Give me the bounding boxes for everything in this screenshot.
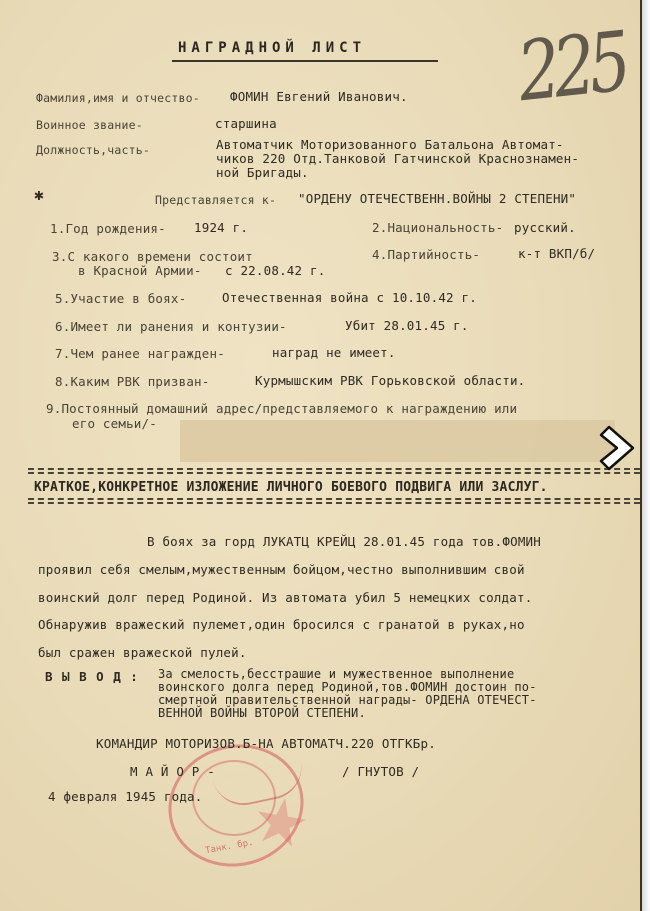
narrative-line-1: В боях за горд ЛУКАТЦ КРЕЙЦ 28.01.45 год…: [147, 535, 541, 549]
item-3-label: 3.С какого времени состоит: [52, 250, 253, 264]
item-8-value: Курмышским РВК Горьковской области.: [255, 374, 525, 388]
rank-value: старшина: [215, 117, 277, 131]
conclusion-label: В Ы В О Д :: [45, 670, 139, 684]
narrative-line-2: проявил себя смелым,мужественным бойцом,…: [38, 563, 525, 577]
conclusion-line-4: ВЕННОЙ ВОЙНЫ ВТОРОЙ СТЕПЕНИ.: [158, 707, 366, 720]
position-line-1: Автоматчик Моторизованного Батальона Авт…: [216, 138, 564, 152]
item-1-label: 1.Год рождения-: [50, 222, 166, 236]
document-date: 4 февраля 1945 года.: [48, 790, 203, 804]
archive-number: 225: [514, 15, 629, 121]
item-1-value: 1924 г.: [194, 221, 248, 235]
item-2-value: русский.: [514, 221, 576, 235]
dashed-rule-bottom: [28, 498, 640, 504]
signature-name: / ГНУТОВ /: [342, 765, 419, 779]
item-3-label-2: в Красной Армии-: [78, 264, 202, 278]
next-page-button[interactable]: [595, 425, 635, 471]
chevron-right-icon: [595, 425, 635, 471]
section-heading: КРАТКОЕ,КОНКРЕТНОЕ ИЗЛОЖЕНИЕ ЛИЧНОГО БОЕ…: [34, 480, 548, 495]
viewer-edge: [642, 0, 650, 911]
item-7-label: 7.Чем ранее награжден-: [55, 347, 225, 361]
item-9-label: 9.Постоянный домашний адрес/представляем…: [46, 402, 517, 416]
item-5-label: 5.Участие в боях-: [55, 292, 186, 306]
signature-rank: М А Й О Р -: [130, 765, 215, 779]
narrative-line-3: воинский долг перед Родиной. Из автомата…: [38, 591, 532, 605]
fio-value: ФОМИН Евгений Иванович.: [230, 90, 408, 104]
item-5-value: Отечественная война с 10.10.42 г.: [222, 291, 477, 305]
position-line-2: чиков 220 Отд.Танковой Гатчинской Красно…: [216, 152, 579, 166]
item-6-label: 6.Имеет ли ранения и контузии-: [55, 320, 287, 334]
item-3-value: с 22.08.42 г.: [225, 264, 325, 278]
title-underline: [172, 60, 438, 62]
nominated-value: "ОРДЕНУ ОТЕЧЕСТВЕНН.ВОЙНЫ 2 СТЕПЕНИ": [298, 192, 576, 206]
narrative-line-4: Обнаружив вражеский пулемет,один бросилс…: [38, 618, 525, 632]
nominated-label: Представляется к-: [155, 193, 276, 207]
document-title: НАГРАДНОЙ ЛИСТ: [178, 40, 366, 56]
position-label: Должность,часть-: [36, 143, 150, 157]
item-7-value: наград не имеет.: [272, 346, 396, 360]
commander-line: КОМАНДИР МОТОРИЗОВ.Б-НА АВТОМАТЧ.220 ОТГ…: [96, 737, 436, 751]
document-page: НАГРАДНОЙ ЛИСТ 225 Фамилия,имя и отчеств…: [0, 0, 642, 911]
item-2-label: 2.Национальность-: [372, 221, 503, 235]
item-8-label: 8.Каким РВК призван-: [55, 375, 210, 389]
fio-label: Фамилия,имя и отчество-: [36, 91, 200, 105]
item-6-value: Убит 28.01.45 г.: [345, 319, 469, 333]
redacted-address-block: [180, 420, 615, 462]
dashed-rule-top: [28, 468, 640, 474]
item-4-value: к-т ВКП/б/: [518, 247, 595, 261]
rank-label: Воинное звание-: [36, 118, 143, 132]
item-9-label-2: его семьи/-: [72, 417, 157, 431]
punch-mark-icon: ✱: [34, 185, 44, 204]
item-4-label: 4.Партийность-: [372, 248, 480, 262]
position-line-3: ной Бригады.: [216, 166, 309, 180]
narrative-line-5: был сражен вражеской пулей.: [38, 646, 247, 660]
